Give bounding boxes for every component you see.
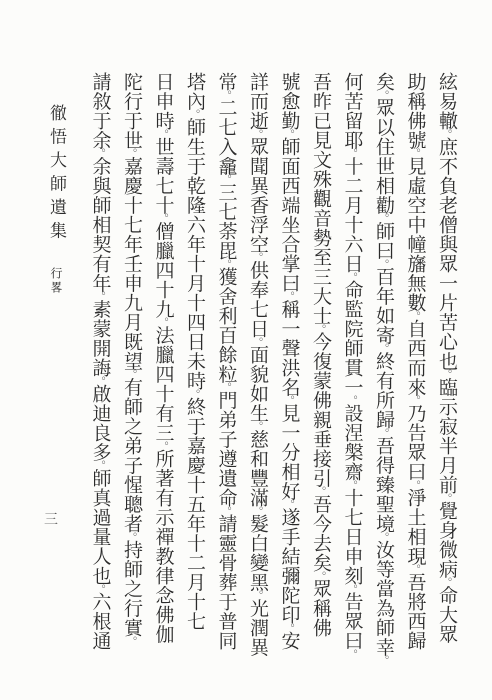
period-mark: 。	[94, 584, 106, 596]
period-mark: 。	[409, 480, 421, 492]
period-mark: 。	[251, 129, 263, 141]
text-column: 助稱佛號。見虛空中幢旛無數。自西而來。乃告眾曰。淨土相現。吾將西歸	[405, 72, 425, 664]
period-mark: 。	[125, 148, 137, 160]
period-mark: 。	[377, 90, 389, 102]
period-mark: 。	[251, 421, 263, 433]
period-mark: 。	[94, 376, 106, 388]
period-mark: 。	[346, 272, 358, 284]
text-column: 何苦留耶。十二月十六日。命監院師貫一。設涅槃齋。十七日申刻。告眾曰。	[342, 72, 362, 664]
period-mark: 。	[157, 317, 169, 329]
period-mark: 。	[409, 311, 421, 323]
period-mark: 。	[346, 480, 358, 492]
period-mark: 。	[346, 148, 358, 160]
text-column: 吾昨已見文殊觀音勢至三大士。今復蒙佛親垂接引。吾今去矣。眾稱佛	[310, 72, 330, 664]
period-mark: 。	[377, 343, 389, 355]
period-mark: 。	[409, 564, 421, 576]
text-column: 絃易轍。庶不負老僧與眾一片苦心也。臨示寂半月前。覺身微病。命大眾	[436, 72, 456, 664]
book-page: 絃易轍。庶不負老僧與眾一片苦心也。臨示寂半月前。覺身微病。命大眾助稱佛號。見虛空…	[0, 0, 492, 700]
period-mark: 。	[409, 395, 421, 407]
period-mark: 。	[157, 441, 169, 453]
period-mark: 。	[440, 577, 452, 589]
period-mark: 。	[283, 291, 295, 303]
period-mark: 。	[188, 389, 200, 401]
period-mark: 。	[220, 174, 232, 186]
period-mark: 。	[125, 636, 137, 648]
period-mark: 。	[251, 506, 263, 518]
period-mark: 。	[377, 655, 389, 667]
period-mark: 。	[157, 129, 169, 141]
period-mark: 。	[125, 532, 137, 544]
period-mark: 。	[157, 213, 169, 225]
section-label: 行畧	[49, 267, 63, 295]
period-mark: 。	[409, 148, 421, 160]
text-column: 常。二七入龕。三七荼毘。獲舍利百餘粒。門弟子遵遺命。請靈骨葬于普同	[216, 72, 236, 664]
period-mark: 。	[251, 252, 263, 264]
period-mark: 。	[220, 90, 232, 102]
period-mark: 。	[346, 584, 358, 596]
text-column: 詳而逝。眾聞異香浮空。供奉七日。面貌如生。慈和豐滿。髮白變黑。光潤異	[247, 72, 267, 664]
period-mark: 。	[377, 532, 389, 544]
period-mark: 。	[314, 486, 326, 498]
period-mark: 。	[440, 129, 452, 141]
period-mark: 。	[440, 493, 452, 505]
period-mark: 。	[283, 129, 295, 141]
text-column: 請敘于余。余與師相契有年。素蒙開誨。啟迪良多。師真過量人也。六根通	[90, 72, 110, 664]
text-column: 日申時。世壽七十。僧臘四十九。法臘四十有三。所著有示禪教律念佛伽	[153, 72, 173, 664]
period-mark: 。	[220, 506, 232, 518]
period-mark: 。	[251, 337, 263, 349]
period-mark: 。	[314, 571, 326, 583]
period-mark: 。	[283, 395, 295, 407]
period-mark: 。	[220, 382, 232, 394]
period-mark: 。	[377, 259, 389, 271]
text-column: 號愈勤。師面西端坐合掌曰。稱一聲洪名。見一分相好。遂手結彌陀印。安	[279, 72, 299, 664]
period-mark: 。	[314, 324, 326, 336]
book-title: 徹悟大師遺集	[47, 104, 66, 245]
period-mark: 。	[346, 649, 358, 661]
page-number: 三	[44, 509, 59, 529]
period-mark: 。	[125, 369, 137, 381]
period-mark: 。	[220, 259, 232, 271]
period-mark: 。	[377, 213, 389, 225]
period-mark: 。	[283, 623, 295, 635]
spine-column: 徹悟大師遺集行畧	[46, 104, 66, 295]
period-mark: 。	[188, 109, 200, 121]
text-column: 矣。眾以住世相勸。師曰。百年如寄。終有所歸。吾得臻聖境。汝等當為師幸。	[373, 72, 393, 664]
period-mark: 。	[440, 369, 452, 381]
period-mark: 。	[94, 460, 106, 472]
period-mark: 。	[94, 148, 106, 160]
period-mark: 。	[251, 590, 263, 602]
text-block: 絃易轍。庶不負老僧與眾一片苦心也。臨示寂半月前。覺身微病。命大眾助稱佛號。見虛空…	[78, 72, 456, 664]
period-mark: 。	[283, 499, 295, 511]
period-mark: 。	[346, 395, 358, 407]
period-mark: 。	[94, 291, 106, 303]
text-column: 陀行于世。嘉慶十七年壬申九月既望。有師之弟子惺聰者。持師之行實。	[121, 72, 141, 664]
text-column: 塔內。師生于乾隆六年十月十四日未時。終于嘉慶十五年十二月十七	[184, 72, 204, 664]
period-mark: 。	[377, 428, 389, 440]
